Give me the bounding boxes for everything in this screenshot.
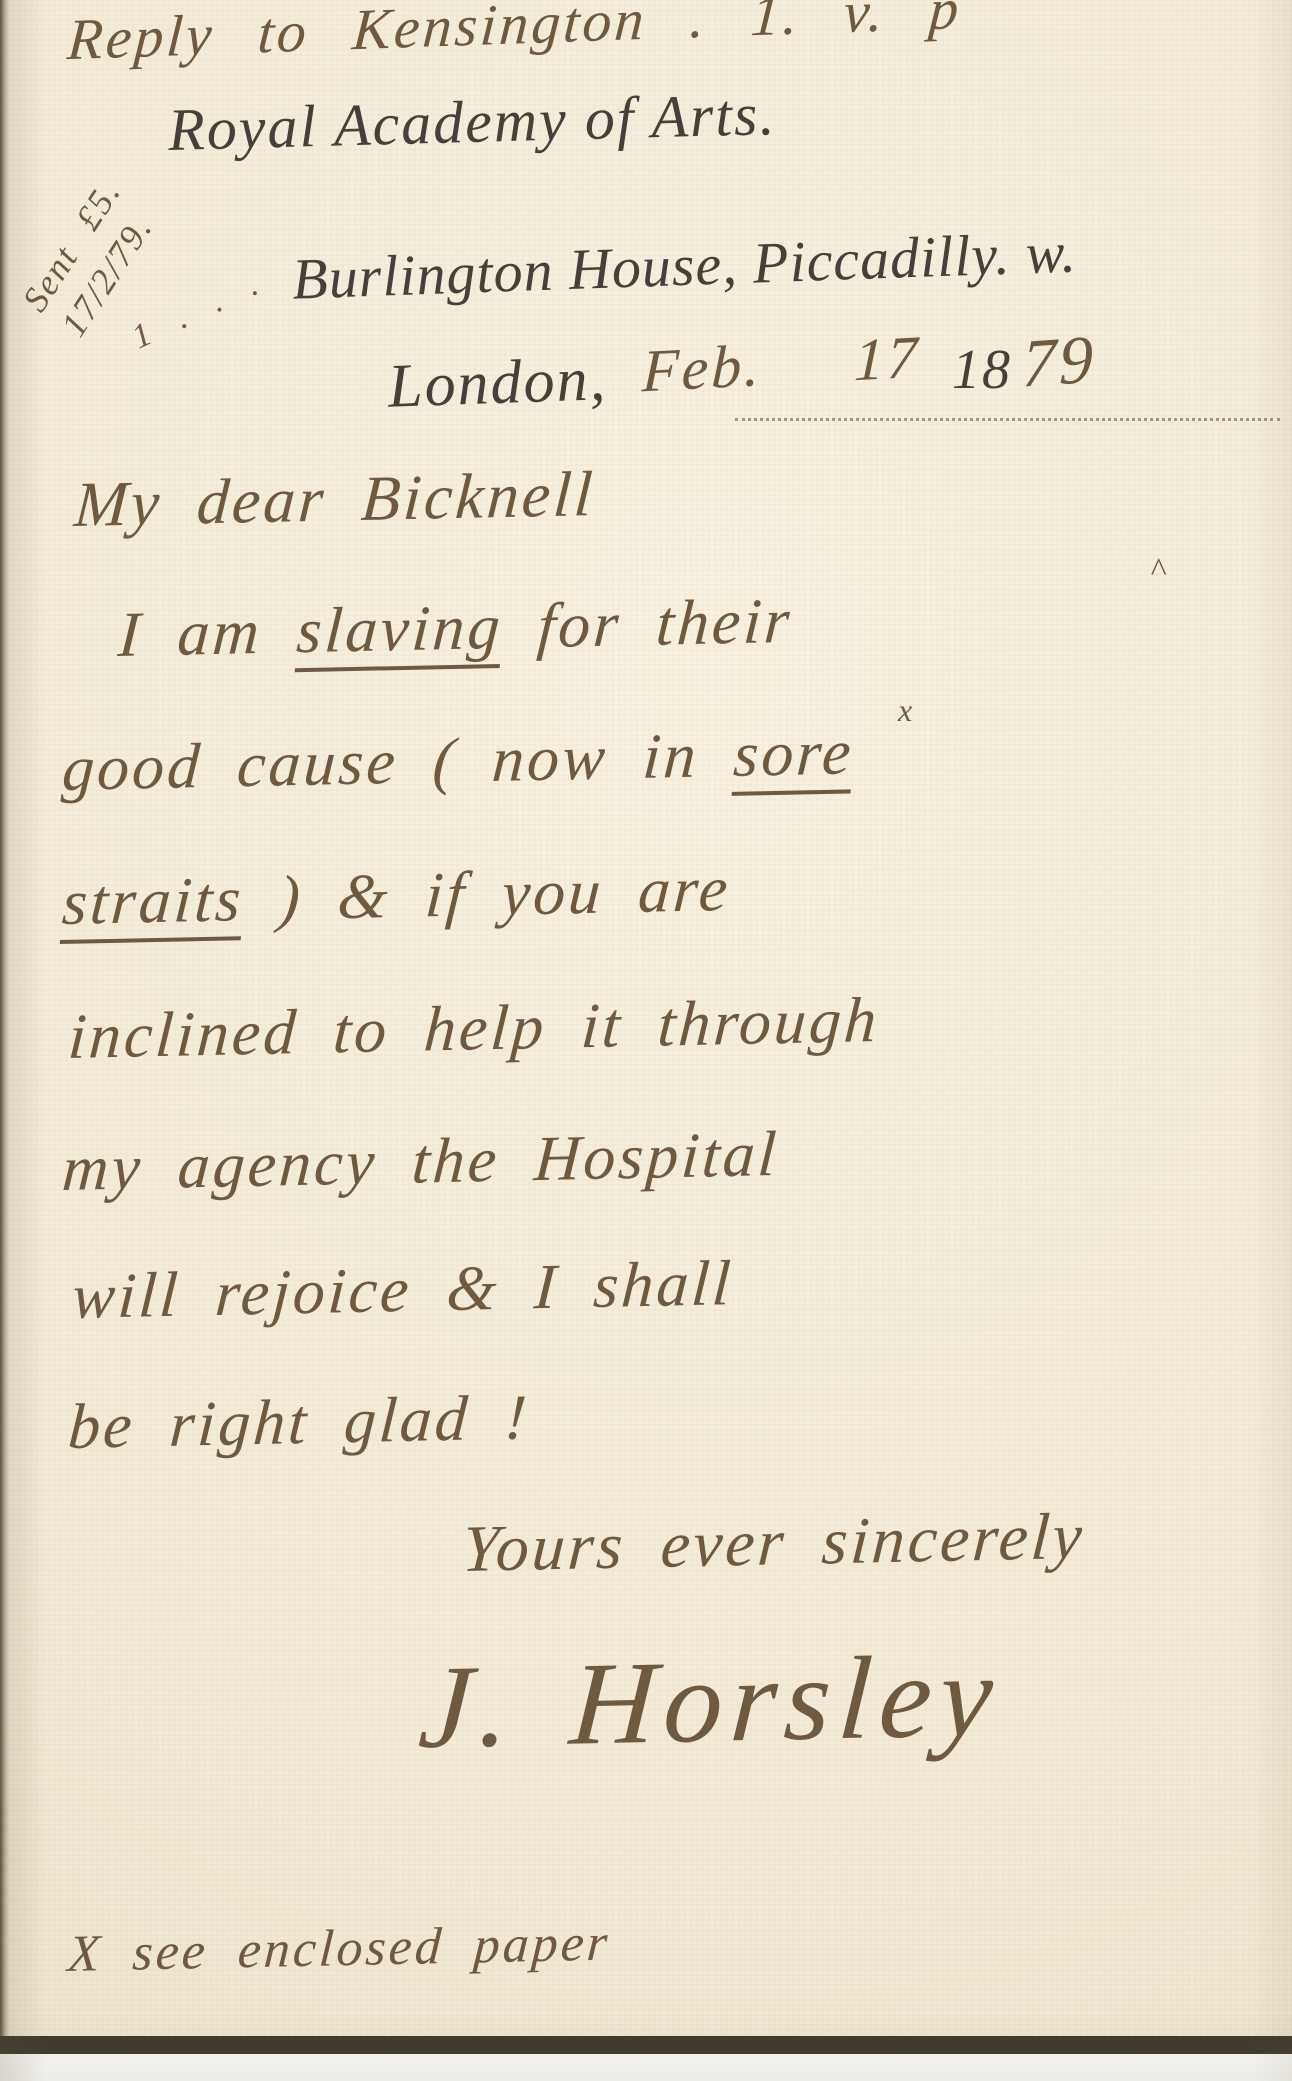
insertion-caret-mark: ^ bbox=[1150, 552, 1164, 590]
body-line-3-text: good cause ( now in bbox=[60, 719, 736, 804]
signature: J. Horsley bbox=[415, 1628, 1005, 1776]
body-line-4-text: ) & if you are bbox=[241, 853, 733, 934]
paper-edge-left bbox=[0, 0, 10, 2081]
date-month-day: Feb. 17 bbox=[641, 323, 921, 407]
paper-edge-bottom bbox=[0, 2036, 1292, 2054]
corner-annotation-dots: 1 . . . bbox=[126, 265, 266, 357]
body-line-8: be right glad ! bbox=[66, 1380, 532, 1464]
letterhead-city: London, bbox=[387, 344, 608, 423]
body-line-5: inclined to help it through bbox=[66, 983, 882, 1074]
underlined-word-straits: straits bbox=[60, 863, 246, 944]
salutation-line: My dear Bicknell bbox=[72, 457, 597, 542]
footnote-reference-x-mark: x bbox=[898, 692, 912, 729]
body-line-2-text: I am bbox=[116, 595, 299, 670]
body-line-3: good cause ( now in sore bbox=[60, 715, 856, 806]
closing-line: Yours ever sincerely bbox=[460, 1499, 1087, 1588]
date-year-handwritten: 79 bbox=[1021, 319, 1096, 403]
body-line-7: will rejoice & I shall bbox=[70, 1246, 736, 1334]
scanned-letter-page: Reply to Kensington . 1. v. p Sent £5. 1… bbox=[0, 0, 1292, 2081]
underlined-word-slaving: slaving bbox=[294, 591, 505, 672]
top-annotation: Reply to Kensington . 1. v. p bbox=[65, 0, 963, 73]
body-line-2-text-end: for their bbox=[500, 585, 794, 662]
letterhead-institution: Royal Academy of Arts. bbox=[167, 80, 777, 165]
letterhead-address: Burlington House, Piccadilly. w. bbox=[291, 218, 1078, 312]
underlined-word-sore: sore bbox=[731, 716, 856, 796]
body-line-6: my agency the Hospital bbox=[60, 1117, 781, 1206]
date-dotted-line bbox=[735, 418, 1280, 421]
footnote-annotation: X see enclosed paper bbox=[66, 1914, 612, 1984]
date-year-printed-prefix: 18 bbox=[952, 338, 1012, 402]
body-line-4: straits ) & if you are bbox=[60, 852, 733, 940]
body-line-2: I am slaving for their bbox=[116, 584, 795, 672]
scan-background-strip bbox=[0, 2054, 1292, 2081]
